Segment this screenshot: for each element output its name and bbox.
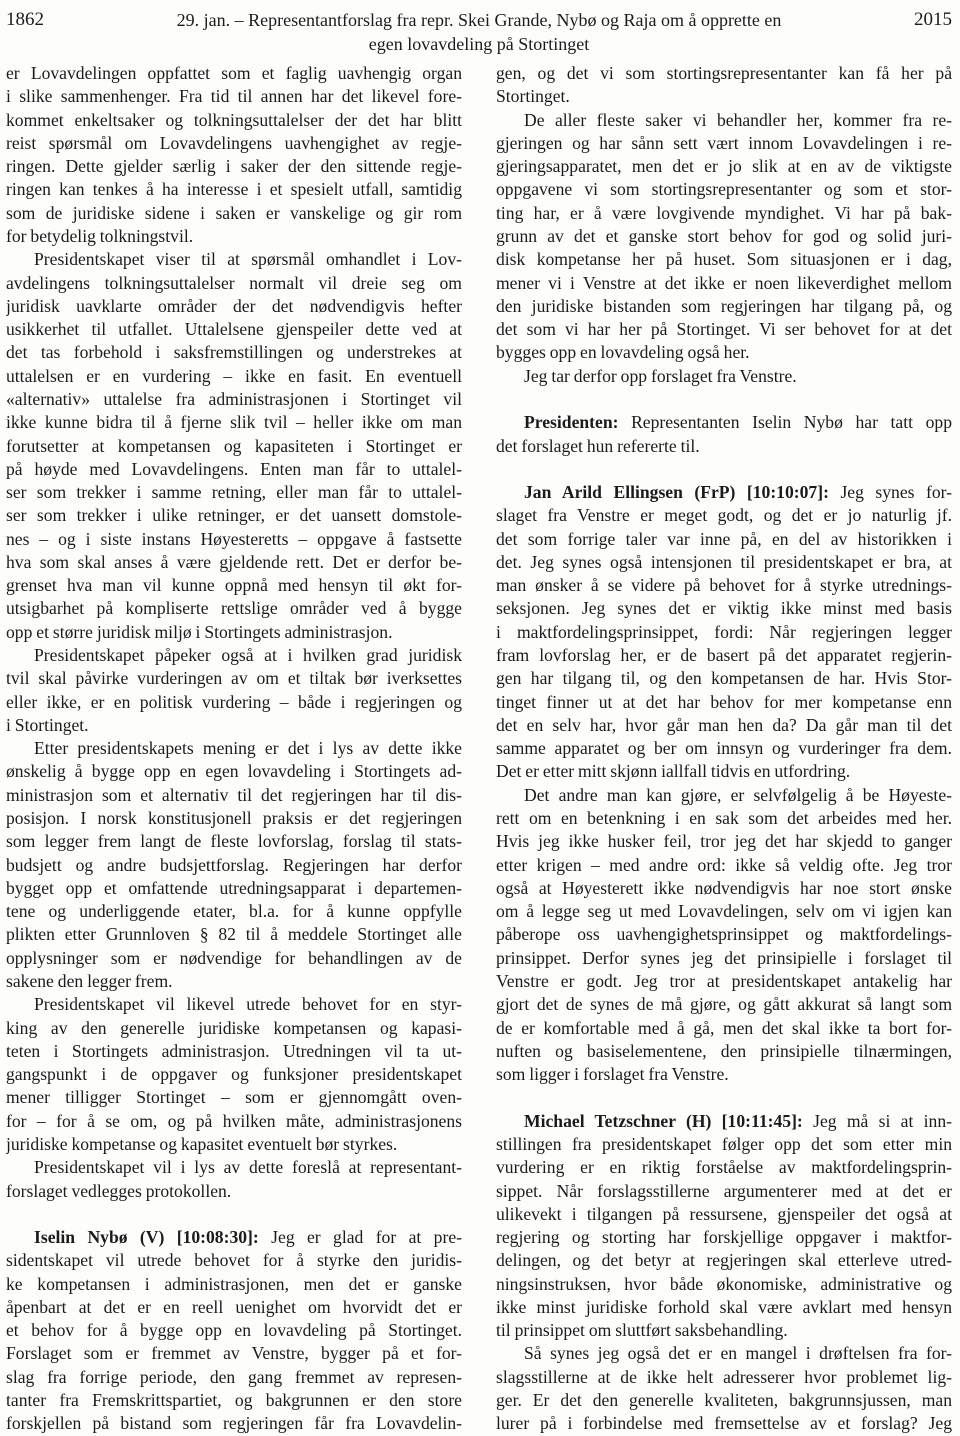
text-line: på høyde med Lovavdelingens. Enten man f… <box>6 458 462 481</box>
header-title-line1: 29. jan. – Representantforslag fra repr.… <box>86 8 872 32</box>
text-line: Presidentskapet vil i lys av dette fores… <box>6 1156 462 1179</box>
text-line: hva som skal anses å være gjeldende rett… <box>6 551 462 574</box>
text-line: ikke minst juridiske forhold skal være a… <box>496 1296 952 1319</box>
text-line: stillingen fra presidentskapet følger op… <box>496 1133 952 1156</box>
text-line: om å legge seg ut med Lovavdelingen, sel… <box>496 900 952 923</box>
speaker-name: Michael Tetzschner (H) [10:11:45]: <box>524 1111 803 1131</box>
text-line: gen, og det vi som stortingsrepresentant… <box>496 62 952 85</box>
text-line: i slike sammenhenger. Fra tid til annen … <box>6 85 462 108</box>
paragraph: De aller fleste saker vi behandler her, … <box>496 109 952 365</box>
text-line: i maktfordelingsprinsippet, fordi: Når r… <box>496 621 952 644</box>
text-line: ministrasjon som et alternativ til det r… <box>6 784 462 807</box>
text-line: nes – og i siste instans Høyesteretts – … <box>6 528 462 551</box>
speaker-name: Iselin Nybø (V) [10:08:30]: <box>34 1227 259 1247</box>
text-columns: er Lovavdelingen oppfattet som et faglig… <box>6 62 952 1436</box>
paragraph: Så synes jeg også det er en mangel i drø… <box>496 1342 952 1435</box>
text-line: sakene den legger frem. <box>6 970 462 993</box>
text-line: bygges opp en lovavdeling også her. <box>496 341 952 364</box>
text-line: fram lovforslag her, er de basert på det… <box>496 644 952 667</box>
speech-paragraph: Jan Arild Ellingsen (FrP) [10:10:07]: Je… <box>496 481 952 784</box>
speech-paragraph: Michael Tetzschner (H) [10:11:45]: Jeg m… <box>496 1110 952 1343</box>
text-line: etter krigen – med andre ord: ikke så ve… <box>496 854 952 877</box>
text-line: som de juridiske sidene i saken er vansk… <box>6 202 462 225</box>
text-line: tanter fra Fremskrittspartiet, og bakgru… <box>6 1389 462 1412</box>
text-line: som legger frem langt de fleste lovforsl… <box>6 830 462 853</box>
text-line: posisjon. I norsk konstitusjonell praksi… <box>6 807 462 830</box>
paragraph: Presidentskapet viser til at spørsmål om… <box>6 248 462 644</box>
text-line: forslaget vedlegges protokollen. <box>6 1180 462 1203</box>
text-line: det forslaget hun refererte til. <box>496 435 952 458</box>
text-line: et behov for å bygge opp en lovavdeling … <box>6 1319 462 1342</box>
text-line: sippet. Når forslagsstillerne argumenter… <box>496 1180 952 1203</box>
text-line: for betydelig tolkningstvil. <box>6 225 462 248</box>
text-line: teten i Stortingets administrasjon. Utre… <box>6 1040 462 1063</box>
text-line: ser som trekker i ulike retninger, er de… <box>6 504 462 527</box>
page-header: 1862 29. jan. – Representantforslag fra … <box>6 8 952 56</box>
text-line: ger. Er det den generelle kvaliteten, ba… <box>496 1389 952 1412</box>
paragraph: er Lovavdelingen oppfattet som et faglig… <box>6 62 462 248</box>
text-line: forskjellen på bistand som regjeringen f… <box>6 1412 462 1435</box>
text-line: gjort det de synes de må gjøre, og gått … <box>496 993 952 1016</box>
text-line: i Stortinget. <box>6 714 462 737</box>
text-line: slagsstillerne at de ikke helt adressere… <box>496 1366 952 1389</box>
text-line: regjering og storting har forskjellige o… <box>496 1226 952 1249</box>
right-column: gen, og det vi som stortingsrepresentant… <box>496 62 952 1436</box>
text-line: Så synes jeg også det er en mangel i drø… <box>496 1342 952 1365</box>
text-line: usikkerhet til utfallet. Uttalelsene gje… <box>6 318 462 341</box>
text-line: vurdering er en riktig forståelse av mak… <box>496 1156 952 1179</box>
paragraph: gen, og det vi som stortingsrepresentant… <box>496 62 952 109</box>
text-line: slag fra forrige periode, den gang fremm… <box>6 1366 462 1389</box>
text-line: Jeg tar derfor opp forslaget fra Venstre… <box>496 365 952 388</box>
text-line: budsjett og andre budsjettforslag. Regje… <box>6 854 462 877</box>
text-line: juridiske kompetanse og kapasitet eventu… <box>6 1133 462 1156</box>
text-line: ke kompetansen i administrasjonen, men d… <box>6 1273 462 1296</box>
text-line: forutsetter at kompetansen og kapasitete… <box>6 435 462 458</box>
text-line: Det andre man kan gjøre, er selvfølgelig… <box>496 784 952 807</box>
text-line: gjeringsapparatet, men det er jo slik at… <box>496 155 952 178</box>
text-line: de er komfortable med å gå, men det skal… <box>496 1017 952 1040</box>
text-line: samme apparatet og ber om innsyn og vurd… <box>496 737 952 760</box>
text-line: det en selv har, hvor går man hen da? Da… <box>496 714 952 737</box>
text-line: rett om en betenkning i en sak som det a… <box>496 807 952 830</box>
text-line: Presidentskapet vil likevel utrede behov… <box>6 993 462 1016</box>
text-line: disk kompetanse her på huset. Som situas… <box>496 248 952 271</box>
text-line: Presidentskapet viser til at spørsmål om… <box>6 248 462 271</box>
text-line: De aller fleste saker vi behandler her, … <box>496 109 952 132</box>
left-column: er Lovavdelingen oppfattet som et faglig… <box>6 62 462 1436</box>
text-line: er Lovavdelingen oppfattet som et faglig… <box>6 62 462 85</box>
text-line: Etter presidentskapets mening er det i l… <box>6 737 462 760</box>
text-line: seksjonen. Jeg synes det er viktig ikke … <box>496 597 952 620</box>
speaker-name: Presidenten: <box>524 412 618 432</box>
header-title: 29. jan. – Representantforslag fra repr.… <box>86 8 872 56</box>
text-line: slaget fra Venstre er meget godt, og det… <box>496 504 952 527</box>
text-line: prinsippet. Derfor synes jeg det prinsip… <box>496 947 952 970</box>
text-line: Forslaget som er fremmet av Venstre, byg… <box>6 1342 462 1365</box>
text-line: Stortinget. <box>496 85 952 108</box>
document-page: 1862 29. jan. – Representantforslag fra … <box>0 0 960 1436</box>
text-line: Jan Arild Ellingsen (FrP) [10:10:07]: Je… <box>496 481 952 504</box>
text-line: reist spørsmål om Lovavdelingens uavheng… <box>6 132 462 155</box>
text-line: Presidentskapet påpeker også at i hvilke… <box>6 644 462 667</box>
text-line: tinget finner ut at det har behov for me… <box>496 691 952 714</box>
paragraph-gap <box>496 458 952 481</box>
speech-paragraph: Presidenten: Representanten Iselin Nybø … <box>496 411 952 458</box>
text-line: sidentskapet vil utrede behovet for å st… <box>6 1249 462 1272</box>
text-line: for – for å se om, og på hvilken måte, a… <box>6 1110 462 1133</box>
text-line: avdelingens tolkningsuttalelser normalt … <box>6 272 462 295</box>
paragraph-gap <box>6 1203 462 1226</box>
paragraph: Det andre man kan gjøre, er selvfølgelig… <box>496 784 952 1087</box>
text-line: ønskelig å bygge opp en egen lovavdeling… <box>6 760 462 783</box>
text-line: til prinsippet om sluttført saksbehandli… <box>496 1319 952 1342</box>
speech-paragraph: Iselin Nybø (V) [10:08:30]: Jeg er glad … <box>6 1226 462 1436</box>
text-line: mener tilligger Stortinget – som er gjen… <box>6 1086 462 1109</box>
text-line: opplysninger som er nødvendige for behan… <box>6 947 462 970</box>
text-line: Presidenten: Representanten Iselin Nybø … <box>496 411 952 434</box>
text-line: tvil skal påvirke vurderingen av om et t… <box>6 667 462 690</box>
text-line: ting har, er å være lovgivende myndighet… <box>496 202 952 225</box>
text-line: det som vi har her på Stortinget. Vi ser… <box>496 318 952 341</box>
text-line: oppgavene vi som stortingsrepresentanter… <box>496 178 952 201</box>
text-line: kommet enkeltsaker og tolkningsuttalelse… <box>6 109 462 132</box>
text-line: king av den generelle juridiske kompetan… <box>6 1017 462 1040</box>
text-line: lurer på i forbindelse med fremsettelse … <box>496 1412 952 1435</box>
text-line: det som forrige taler var inne på, en de… <box>496 528 952 551</box>
text-line: gangspunkt i de oppgaver og funksjoner p… <box>6 1063 462 1086</box>
text-line: ulikevekt i tilgangen på ressursene, gje… <box>496 1203 952 1226</box>
text-line: Iselin Nybø (V) [10:08:30]: Jeg er glad … <box>6 1226 462 1249</box>
paragraph: Presidentskapet vil i lys av dette fores… <box>6 1156 462 1203</box>
paragraph: Presidentskapet vil likevel utrede behov… <box>6 993 462 1156</box>
text-line: ningsinstruksen, hvor både økonomiske, a… <box>496 1273 952 1296</box>
paragraph: Presidentskapet påpeker også at i hvilke… <box>6 644 462 737</box>
page-number-right: 2015 <box>872 8 952 32</box>
text-line: Michael Tetzschner (H) [10:11:45]: Jeg m… <box>496 1110 952 1133</box>
text-line: gjeringen og har sånn sett vært innom Lo… <box>496 132 952 155</box>
text-line: ringen. Dette gjelder særlig i saker der… <box>6 155 462 178</box>
text-line: det. Jeg synes også intensjonen til pres… <box>496 551 952 574</box>
text-line: Det er etter mitt skjønn iallfall tidvis… <box>496 760 952 783</box>
text-line: mener vi i Venstre at det ikke er noen l… <box>496 272 952 295</box>
text-line: man ønsker å se videre på behovet for å … <box>496 574 952 597</box>
paragraph: Etter presidentskapets mening er det i l… <box>6 737 462 993</box>
text-line: uttalelsen er en vurdering – ikke en fas… <box>6 365 462 388</box>
text-line: grenset hva man vil kunne oppnå med hens… <box>6 574 462 597</box>
text-line: eller ikke, er en politisk vurdering – b… <box>6 691 462 714</box>
text-line: påberope oss uavhengighetsprinsippet og … <box>496 923 952 946</box>
text-line: åpenbart at det er en reell uenighet om … <box>6 1296 462 1319</box>
text-line: ser som trekker i samme retning, eller m… <box>6 481 462 504</box>
text-line: Hvis jeg ikke husker feil, tror jeg det … <box>496 830 952 853</box>
text-line: grunn av det et ganske stort behov for g… <box>496 225 952 248</box>
text-line: Venstre er godt. Jeg tror at presidentsk… <box>496 970 952 993</box>
text-line: det tas forbehold i saksfremstillingen o… <box>6 341 462 364</box>
text-line: «alternativ» uttalelse fra administrasjo… <box>6 388 462 411</box>
text-line: som ligger i forslaget fra Venstre. <box>496 1063 952 1086</box>
paragraph-gap <box>496 388 952 411</box>
text-line: opp et større juridisk miljø i Stortinge… <box>6 621 462 644</box>
text-line: ringen kan tenkes å ha interesse i et sp… <box>6 178 462 201</box>
text-line: tene og underliggende etater, bl.a. for … <box>6 900 462 923</box>
speaker-name: Jan Arild Ellingsen (FrP) [10:10:07]: <box>524 482 829 502</box>
text-line: også at Høyesterett ikke nødvendigvis ha… <box>496 877 952 900</box>
text-line: ikke kunne bidra til å fjerne slik tvil … <box>6 411 462 434</box>
text-line: juridisk uavklarte områder der det nødve… <box>6 295 462 318</box>
text-line: delingen, og det betyr at regjeringen sk… <box>496 1249 952 1272</box>
text-line: nuften og basiselementene, den prinsipie… <box>496 1040 952 1063</box>
text-line: bygget opp et omfattende utredningsappar… <box>6 877 462 900</box>
header-title-line2: egen lovavdeling på Stortinget <box>86 32 872 56</box>
text-line: utsigbarhet på kompliserte rettslige omr… <box>6 597 462 620</box>
text-line: den juridiske bistanden som regjeringen … <box>496 295 952 318</box>
text-line: plikten etter Grunnloven § 82 til å medd… <box>6 923 462 946</box>
paragraph: Jeg tar derfor opp forslaget fra Venstre… <box>496 365 952 388</box>
page-number-left: 1862 <box>6 8 86 32</box>
text-line: gen har tilgang til, og den kompetansen … <box>496 667 952 690</box>
paragraph-gap <box>496 1086 952 1109</box>
